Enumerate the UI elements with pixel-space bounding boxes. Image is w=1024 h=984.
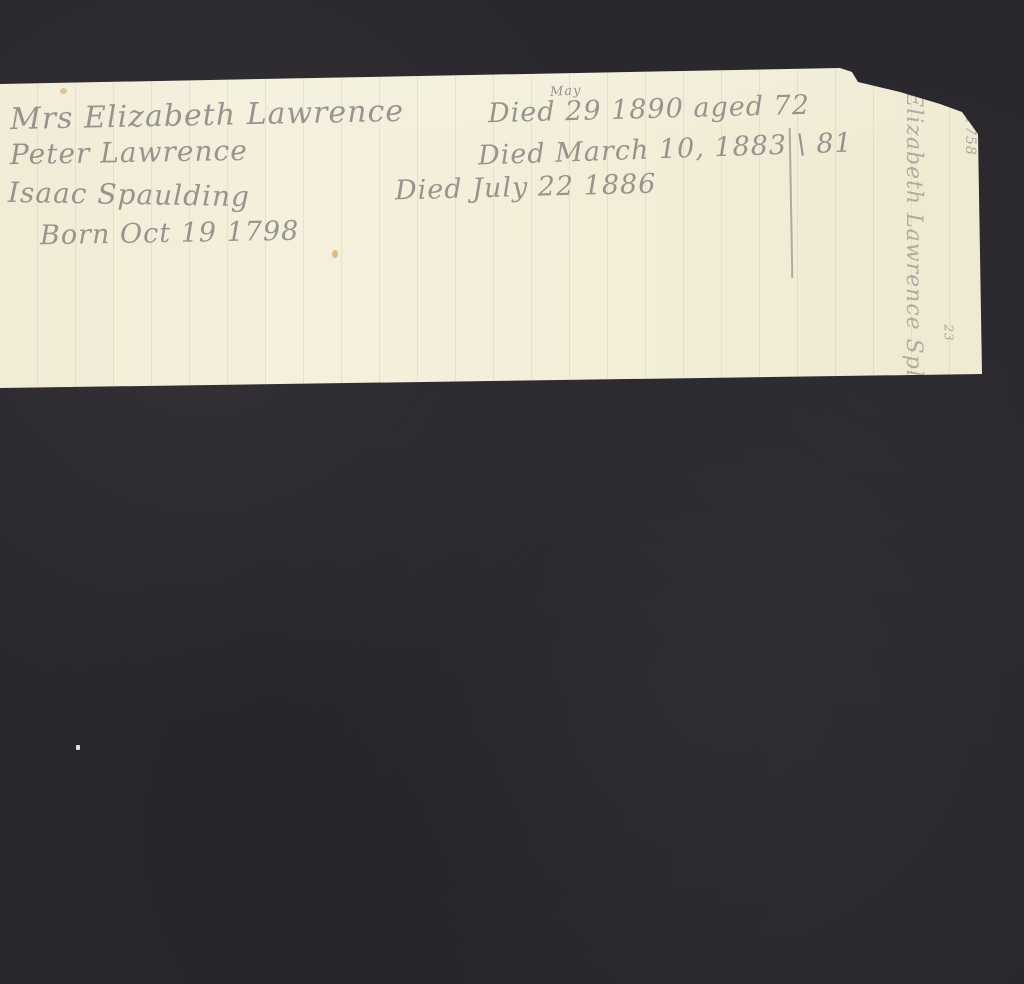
entry-3-died-label: Died	[395, 174, 463, 207]
entry-3-name: Isaac Spaulding	[8, 176, 251, 213]
margin-number: 23	[942, 324, 956, 341]
margin-note: Elizabeth Lawrence Spl	[901, 91, 926, 378]
entry-1-died-label: Died	[488, 96, 556, 129]
entry-3-born-label: Born	[40, 219, 111, 251]
entry-1-age: aged 72	[693, 90, 810, 124]
entry-2-died-label: Died	[478, 138, 547, 171]
entry-3-birth: Born Oct 19 1798	[40, 216, 300, 252]
entry-3-date: July 22 1886	[472, 169, 657, 205]
paper-stain	[332, 250, 338, 258]
entry-2-name: Peter Lawrence	[10, 134, 248, 171]
entry-1-date: 29 1890	[565, 93, 684, 127]
dust-speck	[76, 745, 80, 750]
paper-stain	[60, 88, 67, 94]
entry-3-born-date: Oct 19 1798	[120, 216, 300, 250]
entry-2-age: \ 81	[796, 127, 853, 160]
